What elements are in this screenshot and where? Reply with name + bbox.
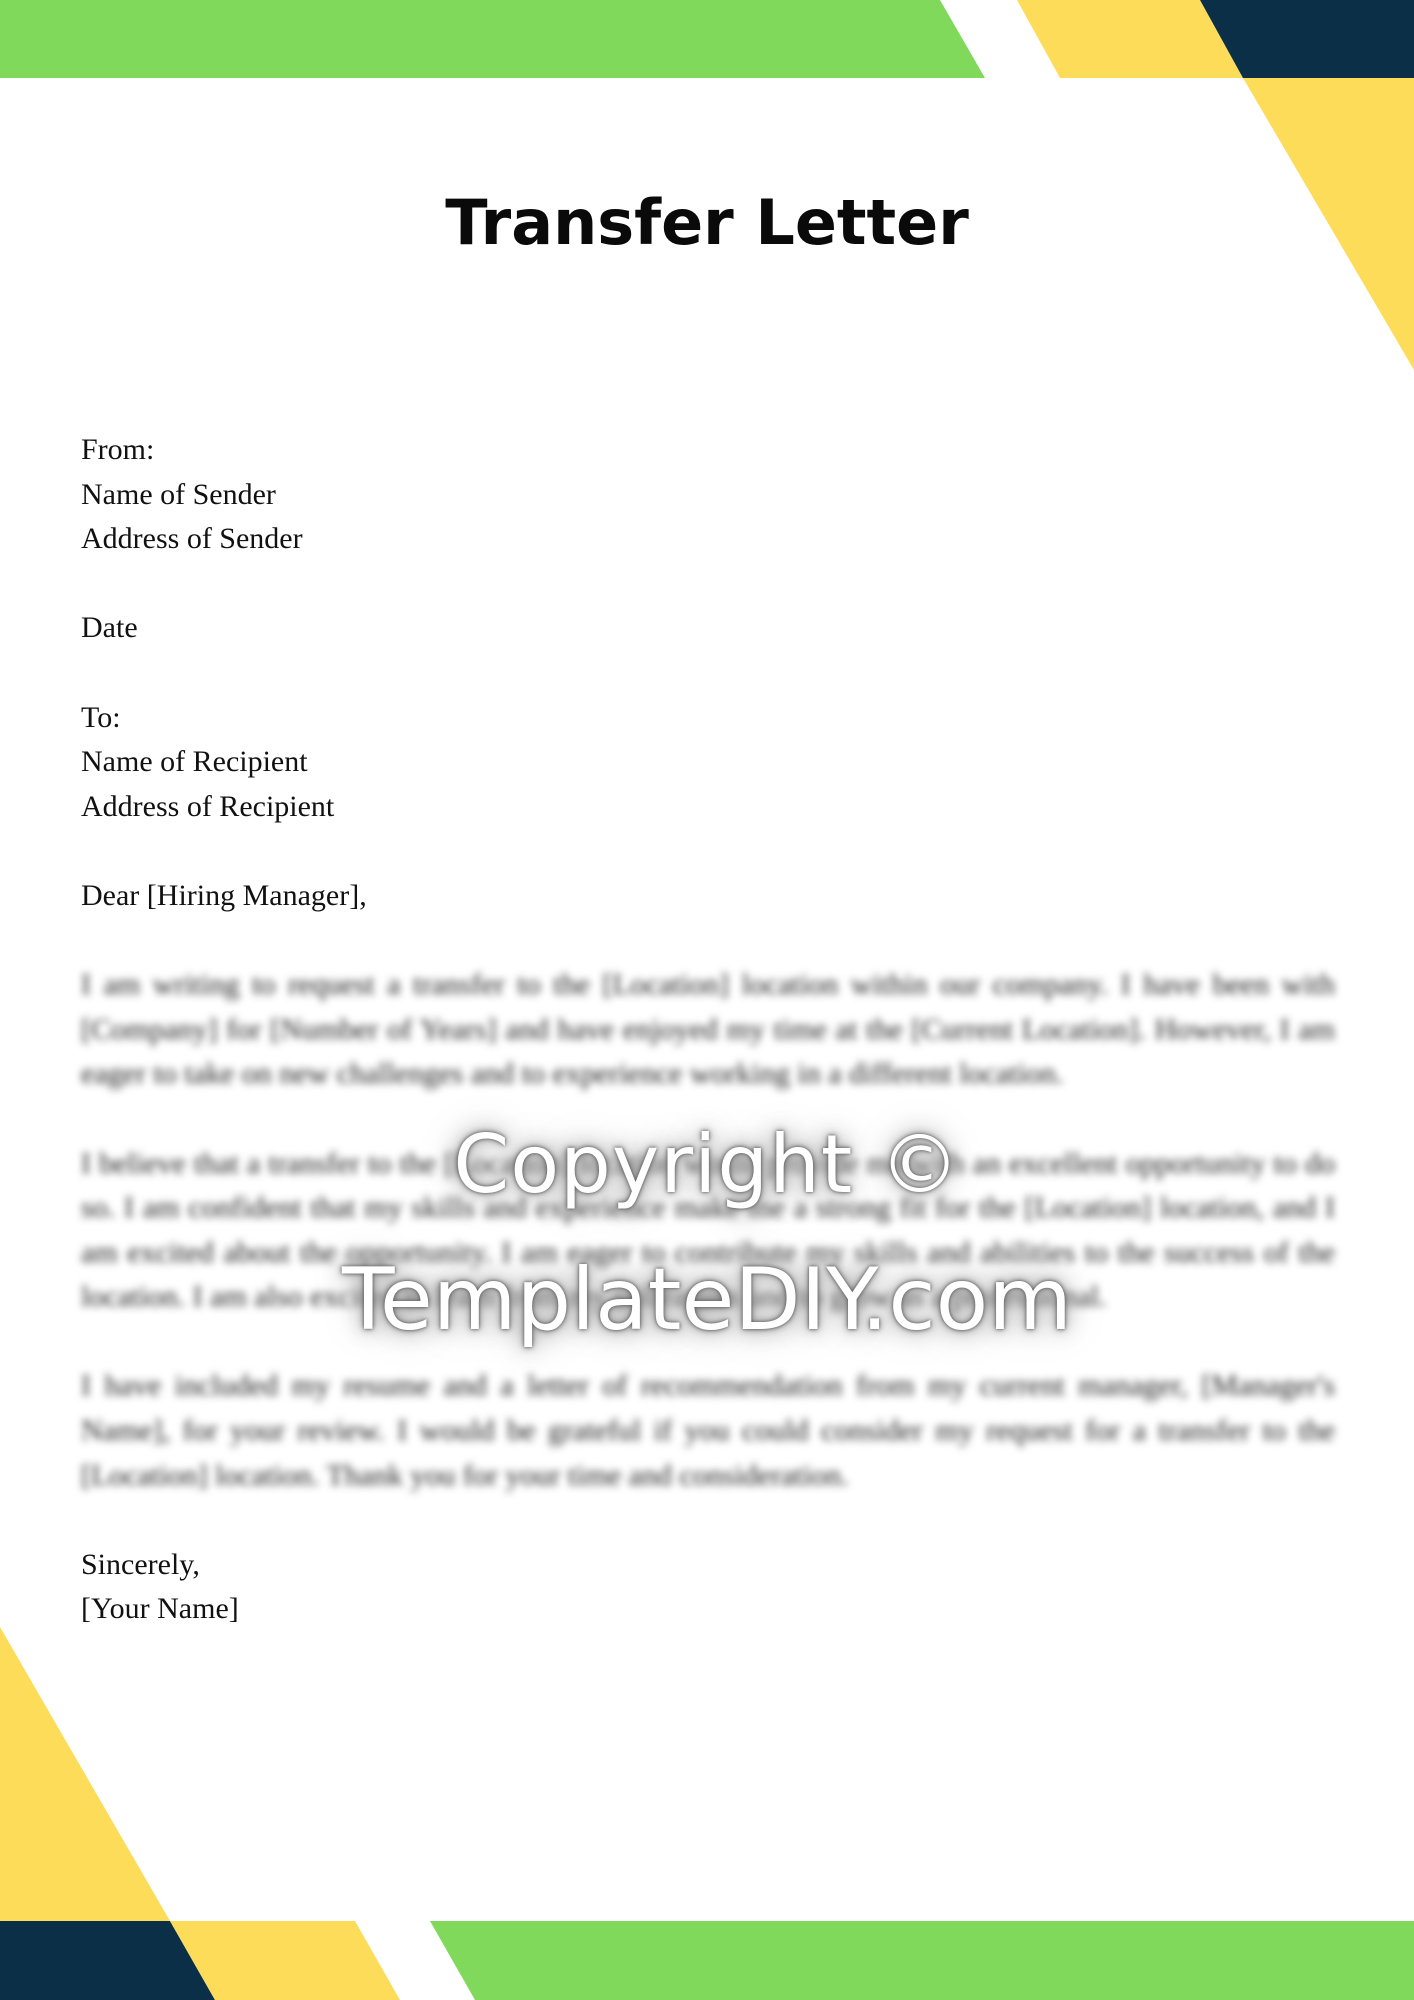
- watermark-copyright: Copyright ©: [0, 1118, 1414, 1211]
- recipient-name: Name of Recipient: [81, 740, 1335, 785]
- letter-body: From: Name of Sender Address of Sender D…: [81, 428, 1335, 1632]
- document-title: Transfer Letter: [0, 186, 1414, 259]
- sender-label: From:: [81, 428, 1335, 473]
- body-paragraph-3: I have included my resume and a letter o…: [81, 1364, 1335, 1498]
- letter-date: Date: [81, 606, 1335, 651]
- spacer: [81, 829, 1335, 874]
- bottom-green-band: [430, 1921, 1414, 2000]
- spacer: [81, 562, 1335, 607]
- body-paragraph-1: I am writing to request a transfer to th…: [81, 963, 1335, 1097]
- top-green-band: [0, 0, 985, 78]
- spacer: [81, 651, 1335, 696]
- spacer: [81, 919, 1335, 964]
- closing: Sincerely,: [81, 1543, 1335, 1588]
- watermark-site: TemplateDIY.com: [0, 1250, 1414, 1350]
- sender-name: Name of Sender: [81, 473, 1335, 518]
- sender-address: Address of Sender: [81, 517, 1335, 562]
- recipient-address: Address of Recipient: [81, 785, 1335, 830]
- salutation: Dear [Hiring Manager],: [81, 874, 1335, 919]
- bottom-left-yellow-triangle: [0, 1627, 170, 1921]
- recipient-label: To:: [81, 696, 1335, 741]
- spacer: [81, 1498, 1335, 1543]
- signature: [Your Name]: [81, 1587, 1335, 1632]
